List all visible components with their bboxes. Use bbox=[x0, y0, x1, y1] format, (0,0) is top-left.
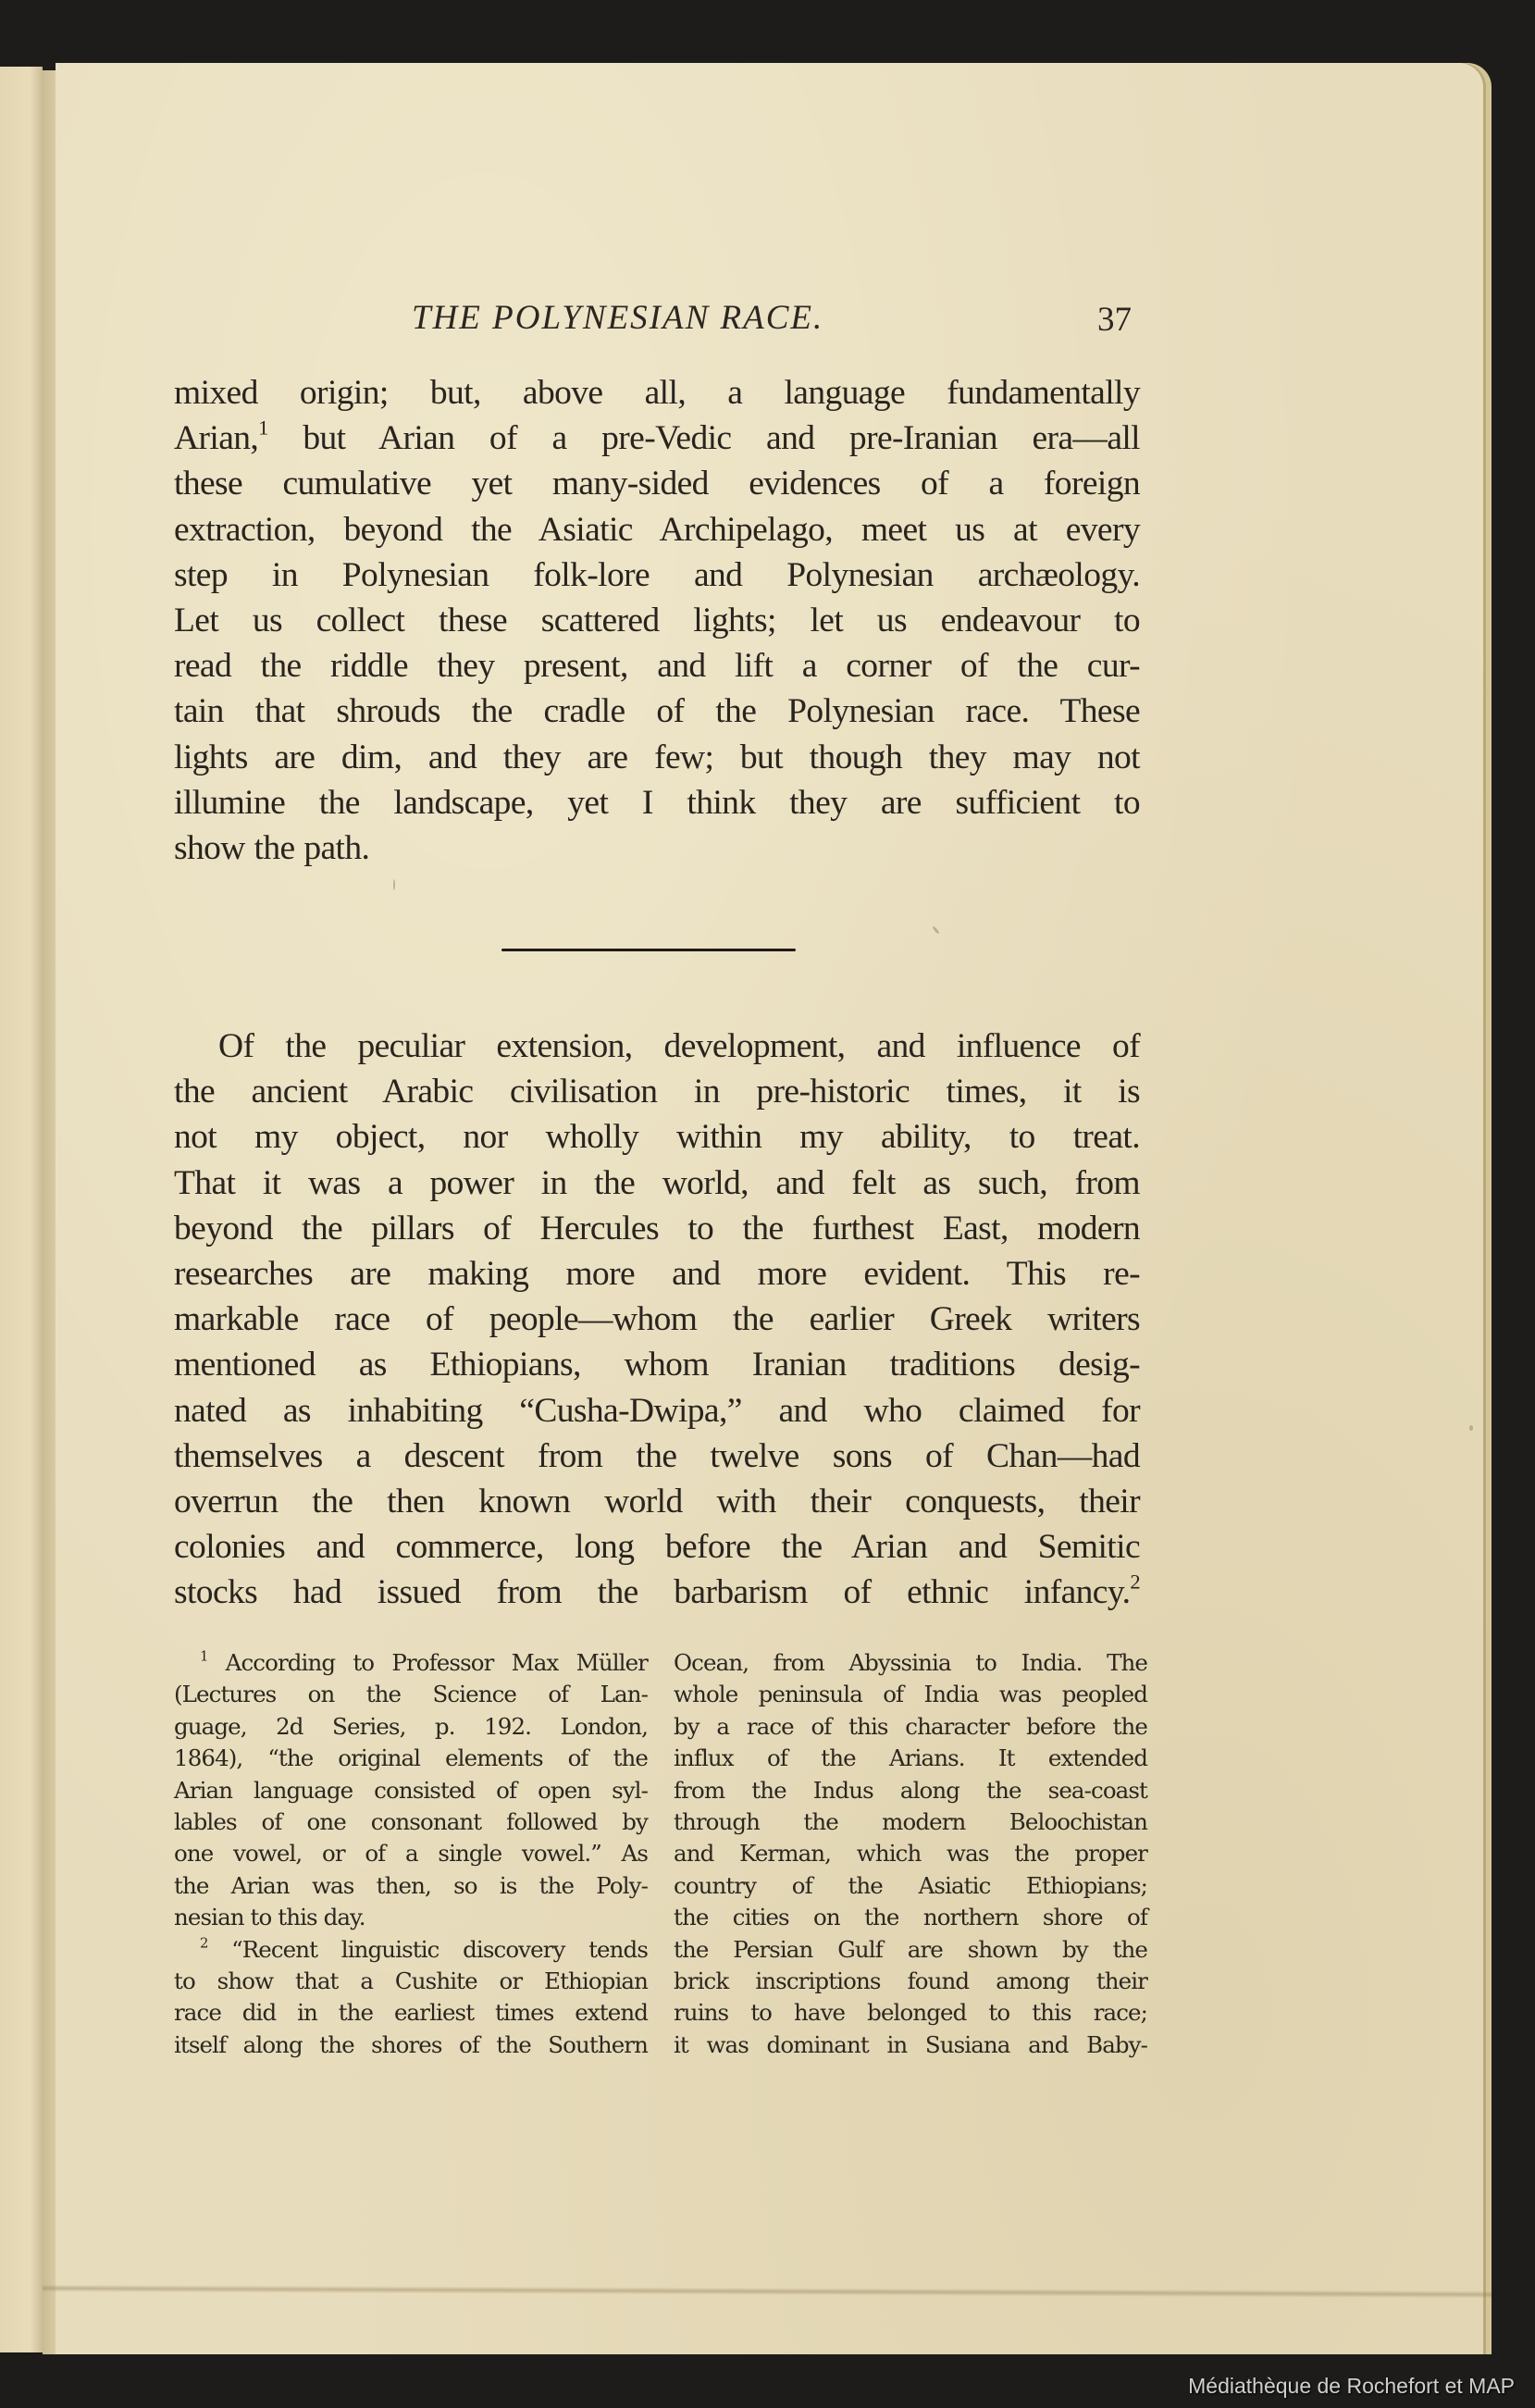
text-line: show the path. bbox=[174, 825, 1140, 871]
footnote-line: Arian language consisted of open syl- bbox=[174, 1775, 648, 1806]
footnote-line: from the Indus along the sea-coast bbox=[674, 1775, 1147, 1806]
footnotes: 1 According to Professor Max Müller (Lec… bbox=[174, 1647, 1147, 2073]
previous-page-edge bbox=[0, 67, 43, 2354]
text-line: these cumulative yet many-sided evidence… bbox=[174, 461, 1140, 506]
footnote-line: the Arian was then, so is the Poly- bbox=[174, 1870, 648, 1902]
text-line: nated as inhabiting “Cusha-Dwipa,” and w… bbox=[174, 1388, 1140, 1434]
text-line: read the riddle they present, and lift a… bbox=[174, 643, 1140, 689]
footnote-1-start: 1 According to Professor Max Müller bbox=[174, 1647, 648, 1679]
text-line: researches are making more and more evid… bbox=[174, 1251, 1140, 1297]
footnote-line: country of the Asiatic Ethiopians; bbox=[674, 1870, 1147, 1902]
text-line: beyond the pillars of Hercules to the fu… bbox=[174, 1206, 1140, 1251]
footnote-line: race did in the earliest times extend bbox=[174, 1997, 648, 2029]
footnote-2-start: 2 “Recent linguistic discovery tends bbox=[174, 1934, 648, 1966]
footnote-line: through the modern Beloochistan bbox=[674, 1806, 1147, 1838]
footnote-line: and Kerman, which was the proper bbox=[674, 1838, 1147, 1869]
footnote-line: lables of one consonant followed by bbox=[174, 1806, 648, 1838]
text-line: Of the peculiar extension, development, … bbox=[174, 1024, 1140, 1069]
footnote-line: ruins to have belonged to this race; bbox=[674, 1997, 1147, 2029]
footnote-line: one vowel, or of a single vowel.” As bbox=[174, 1838, 648, 1869]
footnote-line: to show that a Cushite or Ethiopian bbox=[174, 1966, 648, 1997]
text-line: overrun the then known world with their … bbox=[174, 1479, 1140, 1524]
footnote-line: Ocean, from Abyssinia to India. The bbox=[674, 1647, 1147, 1679]
running-title: THE POLYNESIAN RACE. bbox=[412, 298, 823, 338]
footnote-line: 1864), “the original elements of the bbox=[174, 1743, 648, 1774]
library-watermark: Médiathèque de Rochefort et MAP bbox=[1188, 2374, 1515, 2399]
footnote-ref-1[interactable]: 1 bbox=[258, 416, 268, 439]
text-line: lights are dim, and they are few; but th… bbox=[174, 735, 1140, 780]
footnote-line: itself along the shores of the Southern bbox=[174, 2029, 648, 2061]
text-line: not my object, nor wholly within my abil… bbox=[174, 1114, 1140, 1160]
paragraph-1: mixed origin; but, above all, a language… bbox=[174, 370, 1140, 871]
footnote-line: the Persian Gulf are shown by the bbox=[674, 1934, 1147, 1966]
footnote-line: influx of the Arians. It extended bbox=[674, 1743, 1147, 1774]
footnote-ref-2[interactable]: 2 bbox=[1130, 1570, 1140, 1594]
footnote-line: nesian to this day. bbox=[174, 1902, 648, 1933]
text-line: step in Polynesian folk-lore and Polynes… bbox=[174, 552, 1140, 598]
text-line: themselves a descent from the twelve son… bbox=[174, 1434, 1140, 1479]
text-line: colonies and commerce, long before the A… bbox=[174, 1524, 1140, 1570]
footnote-line: (Lectures on the Science of Lan- bbox=[174, 1679, 648, 1710]
text-line: Arian,1 but Arian of a pre-Vedic and pre… bbox=[174, 416, 1140, 461]
footnotes-right-column: Ocean, from Abyssinia to India. The whol… bbox=[674, 1647, 1147, 2061]
footnote-line: guage, 2d Series, p. 192. London, bbox=[174, 1711, 648, 1743]
section-divider bbox=[501, 949, 796, 951]
paper-speck bbox=[393, 879, 395, 890]
footnote-line: whole peninsula of India was peopled bbox=[674, 1679, 1147, 1710]
text-line: That it was a power in the world, and fe… bbox=[174, 1161, 1140, 1206]
text-line: tain that shrouds the cradle of the Poly… bbox=[174, 689, 1140, 734]
text-line: extraction, beyond the Asiatic Archipela… bbox=[174, 507, 1140, 552]
text-line: stocks had issued from the barbarism of … bbox=[174, 1570, 1140, 1615]
footnote-line: by a race of this character before the bbox=[674, 1711, 1147, 1743]
footnote-line: brick inscriptions found among their bbox=[674, 1966, 1147, 1997]
footnote-line: the cities on the northern shore of bbox=[674, 1902, 1147, 1933]
footnotes-left-column: 1 According to Professor Max Müller (Lec… bbox=[174, 1647, 648, 2061]
text-line: markable race of people—whom the earlier… bbox=[174, 1297, 1140, 1342]
footnote-line: it was dominant in Susiana and Baby- bbox=[674, 2029, 1147, 2061]
text-line: mentioned as Ethiopians, whom Iranian tr… bbox=[174, 1342, 1140, 1387]
text-line: illumine the landscape, yet I think they… bbox=[174, 780, 1140, 825]
running-head: THE POLYNESIAN RACE. 37 bbox=[412, 298, 1152, 342]
page-number: 37 bbox=[1097, 300, 1132, 340]
paper-speck bbox=[1469, 1425, 1473, 1431]
text-line: the ancient Arabic civilisation in pre-h… bbox=[174, 1069, 1140, 1114]
paragraph-2: Of the peculiar extension, development, … bbox=[174, 1024, 1140, 1616]
text-line: Let us collect these scattered lights; l… bbox=[174, 598, 1140, 643]
text-line: mixed origin; but, above all, a language… bbox=[174, 370, 1140, 416]
